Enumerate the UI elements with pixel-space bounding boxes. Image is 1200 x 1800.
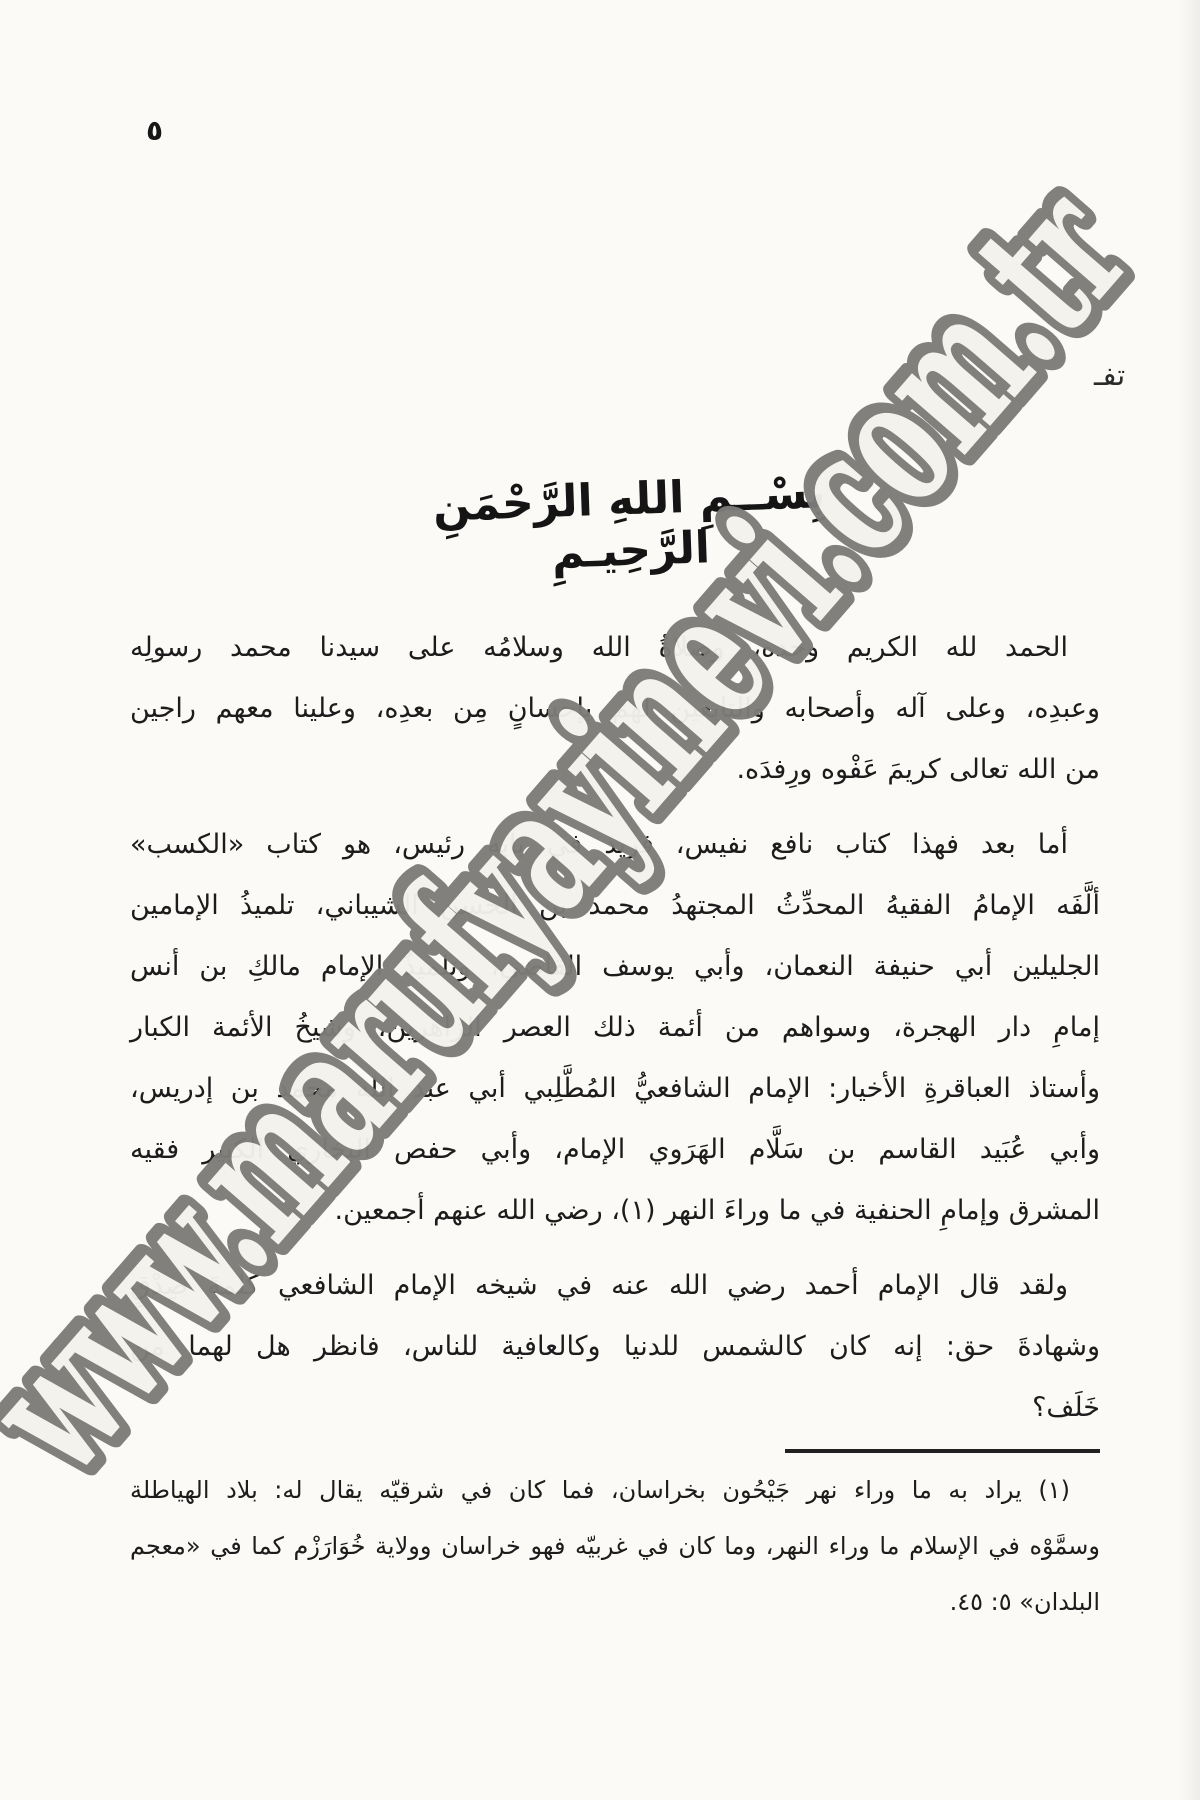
scan-edge-shadow [1178,0,1200,1800]
text-line: وشهادةَ حق: إنه كان كالشمس للدنيا وكالعا… [130,1316,1100,1377]
text-line: ولقد قال الإمام أحمد رضي الله عنه في شيخ… [130,1255,1100,1316]
text-line: الحمد لله الكريم وحده، وصلاةُ الله وسلام… [130,617,1100,678]
text-line: المشرق وإمامِ الحنفية في ما وراءَ النهر … [130,1180,1100,1241]
footnote-separator [785,1449,1100,1453]
page-number: ٥ [146,114,163,147]
text-line: وأبي عُبَيد القاسم بن سَلَّام الهَرَوي ا… [130,1119,1100,1180]
basmala-calligraphy: بِسْــمِ اللهِ الرَّحْمَنِ الرَّحِيـمِ [388,466,871,585]
body-text: الحمد لله الكريم وحده، وصلاةُ الله وسلام… [130,617,1100,1452]
footnote-line: وسمَّوْه في الإسلام ما وراء النهر، وما ك… [130,1518,1100,1574]
footnote-line: البلدان» ٥: ٤٥. [130,1574,1100,1630]
text-line: الجليلين أبي حنيفة النعمان، وأبي يوسف ال… [130,936,1100,997]
text-line: ألَّفَه الإمامُ الفقيهُ المحدِّثُ المجته… [130,875,1100,936]
paragraph-3: ولقد قال الإمام أحمد رضي الله عنه في شيخ… [130,1255,1100,1438]
margin-text-fragment: تفـ [1094,358,1125,392]
text-line: وعبدِه، وعلى آله وأصحابه والتابعين لهم ب… [130,678,1100,739]
text-line: أما بعد فهذا كتاب نافع نفيس، فريد في باب… [130,814,1100,875]
text-line: من الله تعالى كريمَ عَفْوه ورِفدَه. [130,739,1100,800]
text-line: خَلَف؟ [130,1377,1100,1438]
text-line: إمامِ دار الهجرة، وسواهم من أئمة ذلك الع… [130,997,1100,1058]
paragraph-2: أما بعد فهذا كتاب نافع نفيس، فريد في باب… [130,814,1100,1241]
paragraph-1: الحمد لله الكريم وحده، وصلاةُ الله وسلام… [130,617,1100,800]
footnotes: (١) يراد به ما وراء نهر جَيْحُون بخراسان… [130,1462,1100,1630]
text-line: وأستاذ العباقرةِ الأخيار: الإمام الشافعي… [130,1058,1100,1119]
footnote-line: (١) يراد به ما وراء نهر جَيْحُون بخراسان… [130,1462,1100,1518]
scanned-book-page: ٥ تفـ بِسْــمِ اللهِ الرَّحْمَنِ الرَّحِ… [0,0,1200,1800]
